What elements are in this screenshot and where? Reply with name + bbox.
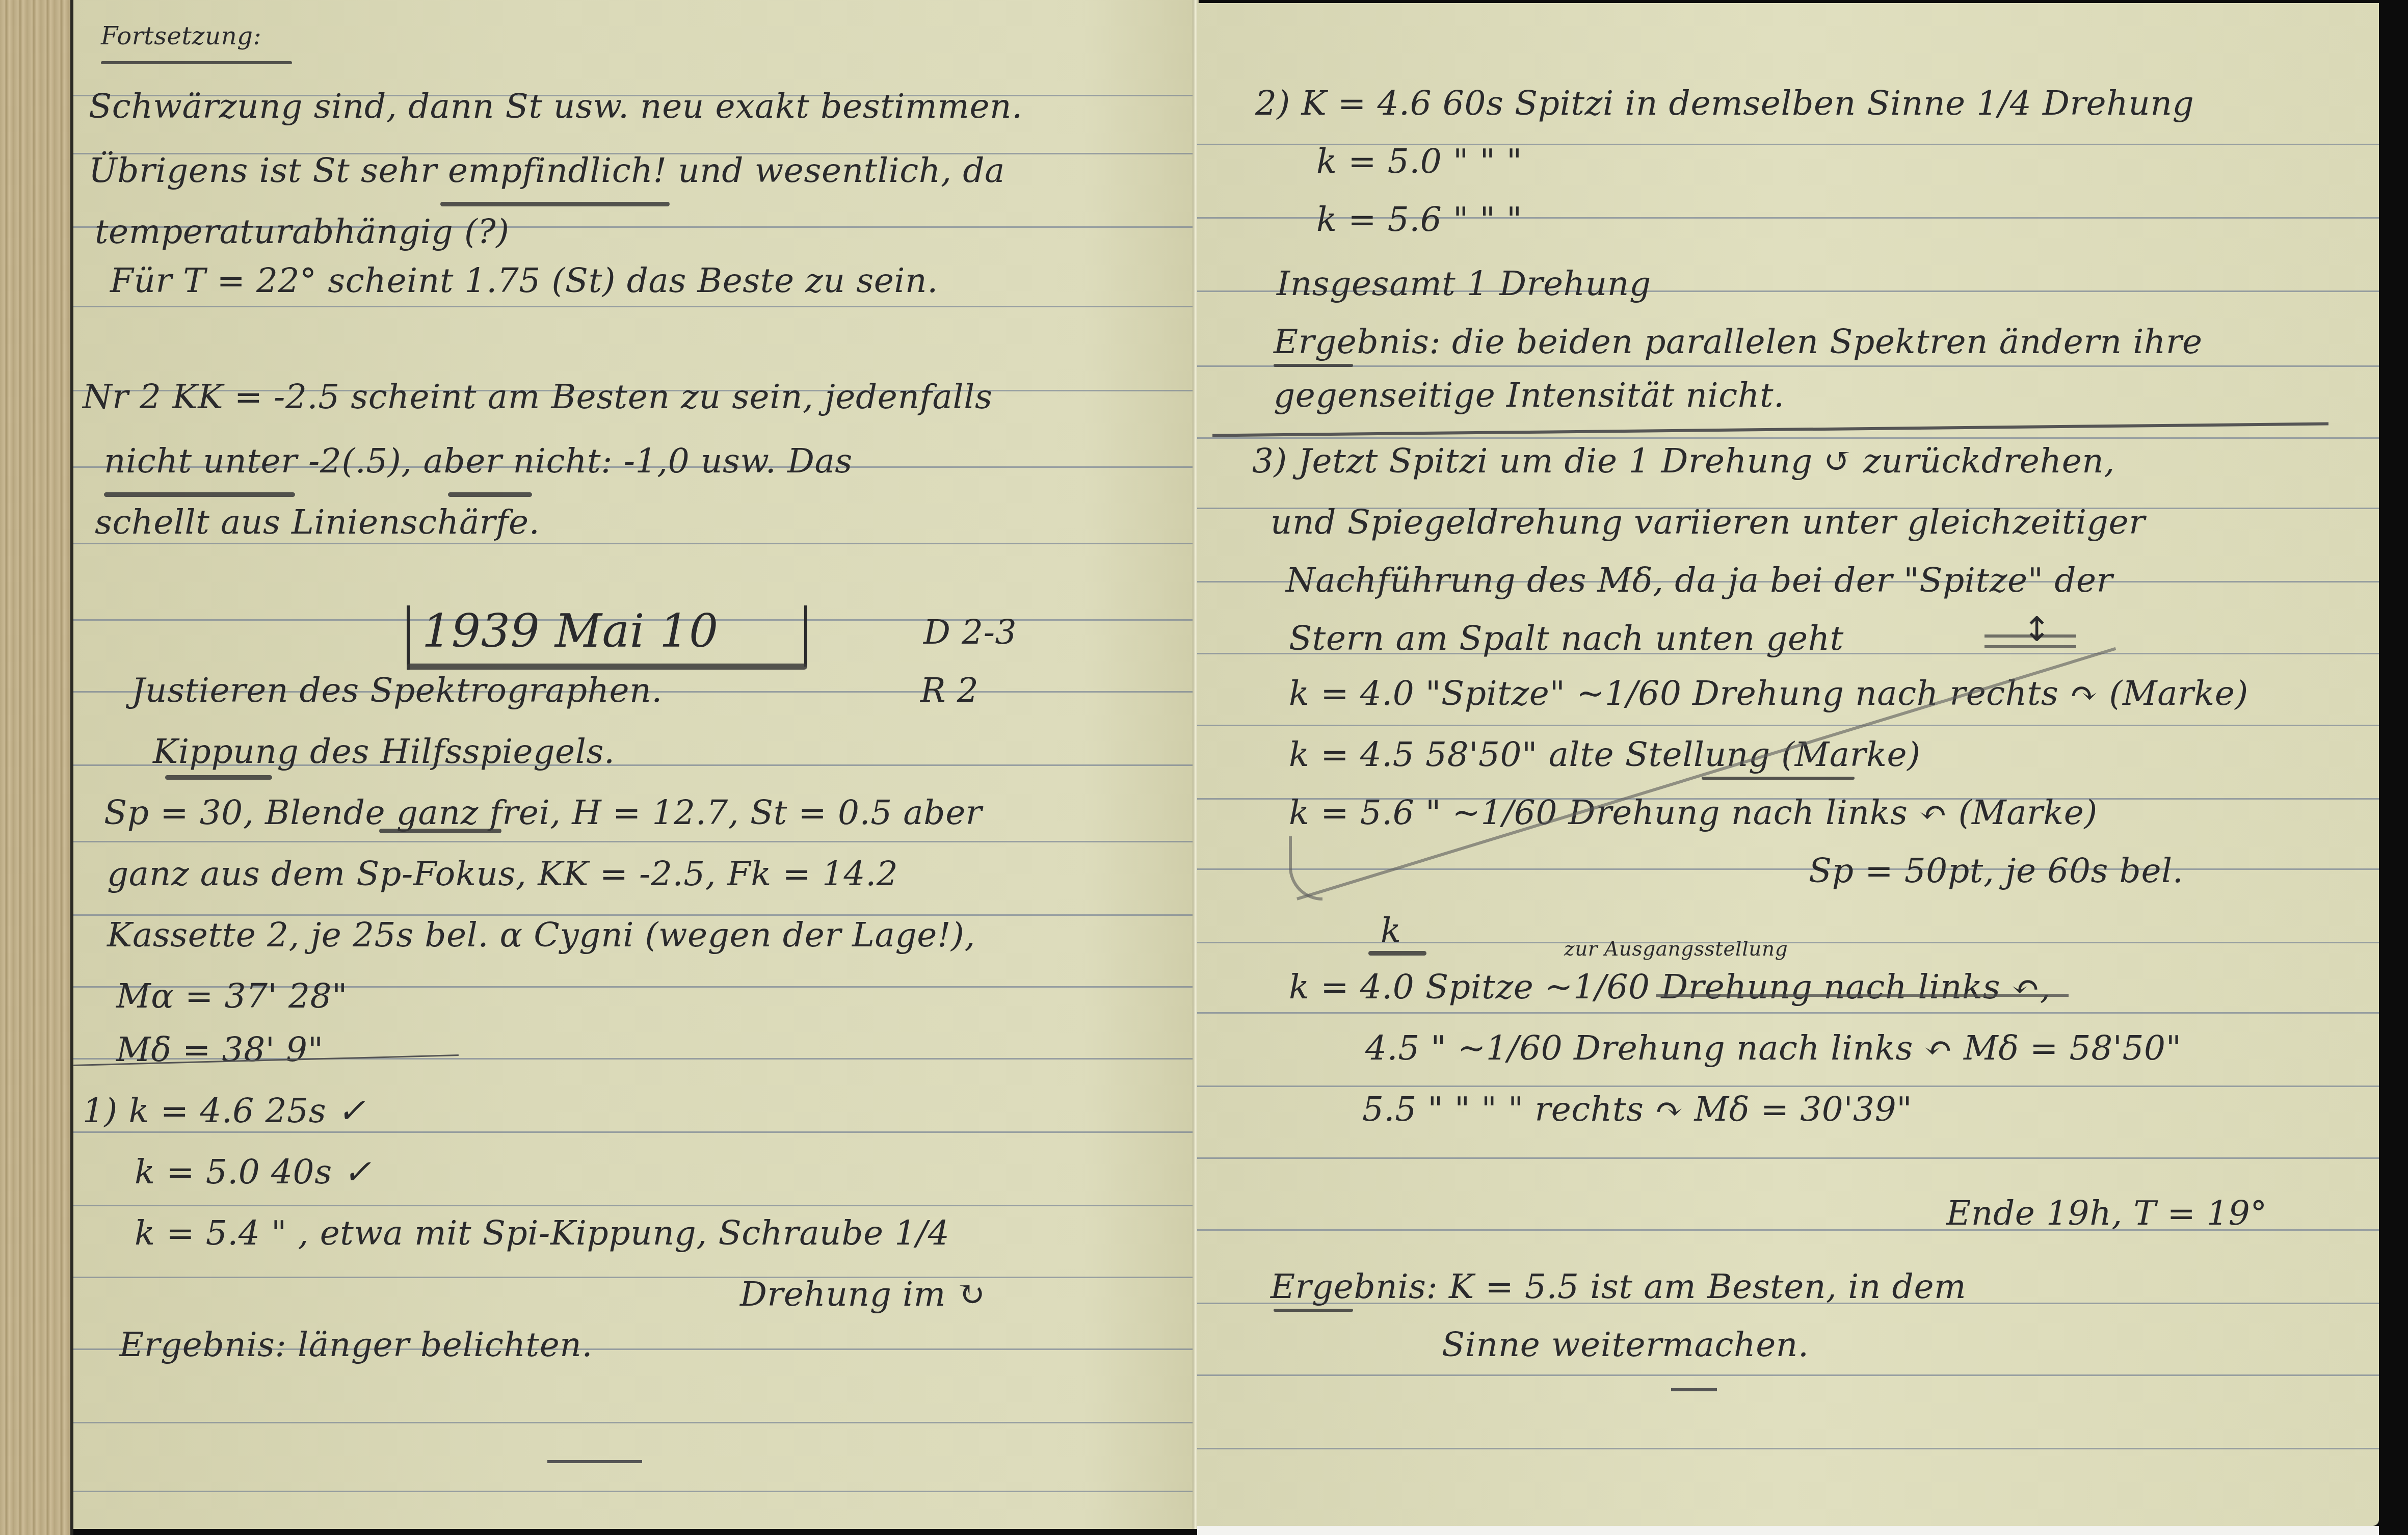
underline [165, 775, 272, 780]
text-line: Nachführung des Mδ, da ja bei der "Spitz… [1286, 563, 2113, 601]
text-line: Sp = 50pt, je 60s bel. [1809, 853, 2183, 891]
underline [1274, 364, 1353, 367]
underline [104, 492, 295, 497]
measurement-row: k = 5.6 " ~1/60 Drehung nach links ↶ (Ma… [1289, 795, 2098, 833]
ruled-line [1197, 1157, 2379, 1159]
seeing-note: D 2-3 [923, 615, 1017, 653]
underline [101, 61, 292, 64]
ruled-line [73, 1422, 1194, 1423]
ruled-line [73, 1131, 1194, 1133]
date-underline [407, 664, 807, 670]
text-line: Stern am Spalt nach unten geht [1289, 621, 1844, 659]
text-line-nr2: Nr 2 KK = -2.5 scheint am Besten zu sein… [83, 379, 992, 417]
result-line: Sinne weitermachen. [1442, 1327, 1809, 1365]
ruled-line [1197, 942, 2379, 943]
underline [448, 492, 532, 497]
notebook-spread: Fortsetzung: Schwärzung sind, dann St us… [0, 0, 2408, 1535]
text-line: Sp = 30, Blende ganz frei, H = 12.7, St … [104, 795, 982, 833]
text-line: Für T = 22° scheint 1.75 (St) das Beste … [110, 263, 938, 301]
measurement-row: k = 5.0 40s ✓ [135, 1154, 372, 1193]
page-edges [0, 0, 73, 1535]
ruled-line [1197, 868, 2379, 870]
bottom-edge [1197, 1526, 2379, 1535]
ruled-line [1197, 1448, 2379, 1449]
ruled-line [1197, 1374, 2379, 1376]
strikethrough [1656, 994, 2069, 997]
text-line: temperaturabhängig (?) [95, 214, 510, 252]
left-page: Fortsetzung: Schwärzung sind, dann St us… [73, 0, 1194, 1529]
underline [379, 829, 501, 833]
text-line: Kassette 2, je 25s bel. α Cygni (wegen d… [107, 917, 975, 956]
underline [1368, 951, 1426, 956]
text-line: 3) Jetzt Spitzi um die 1 Drehung ↺ zurüc… [1252, 443, 2115, 482]
double-arrow-icon: ↕ [2023, 612, 2051, 650]
text-line: Insgesamt 1 Drehung [1277, 266, 1651, 304]
date-box-right [804, 605, 807, 667]
end-mark [1671, 1388, 1717, 1391]
right-page: 2) K = 4.6 60s Spitzi in demselben Sinne… [1197, 3, 2379, 1526]
ruled-line [73, 914, 1194, 916]
end-time-line: Ende 19h, T = 19° [1946, 1196, 2267, 1234]
measurement-row: k = 5.0 " " " [1316, 144, 1522, 182]
measurement-row: 2) K = 4.6 60s Spitzi in demselben Sinne… [1255, 86, 2194, 124]
ruled-line [73, 841, 1194, 842]
text-line: nicht unter -2(.5), aber nicht: -1,0 usw… [104, 443, 853, 482]
text-line: Drehung im ↻ [740, 1277, 985, 1315]
column-header-k: k [1381, 913, 1401, 951]
ruled-line [73, 1205, 1194, 1206]
text-line: Kippung des Hilfsspiegels. [153, 734, 615, 772]
measurement-row: k = 4.0 "Spitze" ~1/60 Drehung nach rech… [1289, 676, 2248, 714]
text-line: gegenseitige Intensität nicht. [1274, 378, 1785, 416]
ruled-line [1197, 365, 2379, 367]
underline [1702, 777, 1855, 780]
text-line: Ergebnis: die beiden parallelen Spektren… [1274, 324, 2203, 362]
result-line: Ergebnis: K = 5.5 ist am Besten, in dem [1271, 1269, 1966, 1307]
heading-fortsetzung: Fortsetzung: [101, 21, 261, 50]
text-line: und Spiegeldrehung variieren unter gleic… [1271, 505, 2145, 543]
text-line: schellt aus Linienschärfe. [95, 505, 540, 543]
end-mark [547, 1460, 642, 1463]
date-box-left [407, 605, 410, 670]
text-line: Übrigens ist St sehr empfindlich! und we… [89, 153, 1005, 191]
underline [440, 202, 670, 206]
ruled-line [1197, 725, 2379, 726]
transparency-note: R 2 [920, 673, 978, 711]
section-separator [1212, 422, 2328, 437]
text-line: Justieren des Spektrographen. [131, 673, 663, 711]
text-line: ganz aus dem Sp-Fokus, KK = -2.5, Fk = 1… [107, 856, 898, 894]
annotation: zur Ausgangsstellung [1564, 939, 1788, 962]
result-line: Ergebnis: länger belichten. [119, 1327, 593, 1365]
measurement-row: k = 5.6 " " " [1316, 202, 1522, 240]
ruled-line [1197, 437, 2379, 439]
underline [1274, 1309, 1353, 1312]
measurement-row: 1) k = 4.6 25s ✓ [83, 1093, 366, 1131]
text-line: Mα = 37' 28" [116, 978, 348, 1017]
ruled-line [73, 1491, 1194, 1492]
date-heading: 1939 Mai 10 [422, 605, 719, 659]
measurement-row: k = 4.0 Spitze ~1/60 Drehung nach links … [1289, 969, 2051, 1008]
check-stroke-hook [1289, 836, 1322, 901]
measurement-row: k = 4.5 58'50" alte Stellung (Marke) [1289, 737, 1921, 775]
ruled-line [73, 543, 1194, 544]
measurement-row: k = 5.4 " , etwa mit Spi-Kippung, Schrau… [135, 1215, 949, 1254]
ruled-line [73, 1277, 1194, 1278]
text-line: Schwärzung sind, dann St usw. neu exakt … [89, 89, 1023, 127]
ruled-line [73, 306, 1194, 307]
text-line: Mδ = 38' 9" [116, 1032, 324, 1070]
ruled-line [1197, 1012, 2379, 1014]
measurement-row: 4.5 " ~1/60 Drehung nach links ↶ Mδ = 58… [1365, 1030, 2182, 1069]
measurement-row: 5.5 " " " " rechts ↷ Mδ = 30'39" [1362, 1092, 1912, 1130]
ruled-line [1197, 1086, 2379, 1087]
